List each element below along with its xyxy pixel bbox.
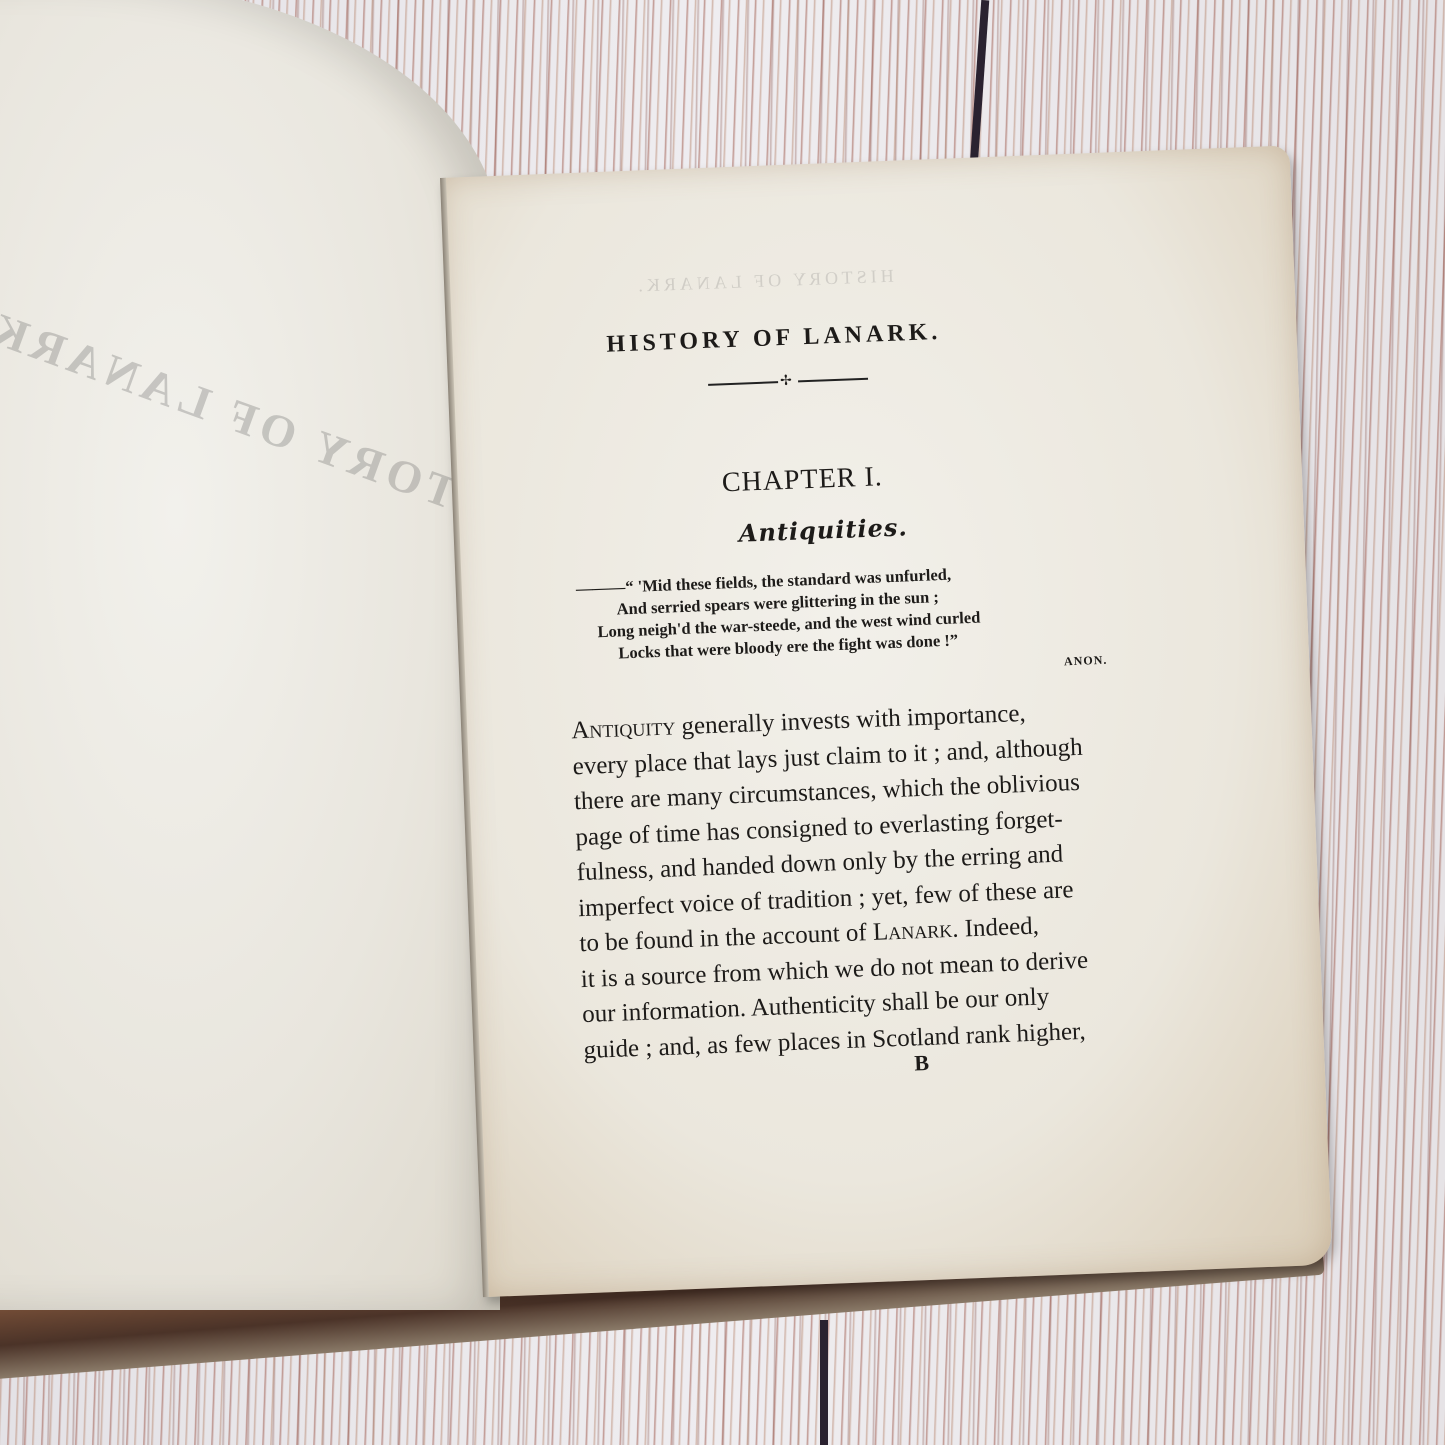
chapter-heading: CHAPTER I. bbox=[721, 461, 883, 499]
body-line-text: . Indeed, bbox=[952, 913, 1040, 943]
right-page: HISTORY OF LANARK. HISTORY OF LANARK. ✢ … bbox=[440, 145, 1332, 1297]
ghost-running-head: HISTORY OF LANARK. bbox=[634, 266, 894, 297]
body-line-text: to be found in the account of bbox=[579, 919, 873, 957]
epigraph: ———“ 'Mid these fields, the standard was… bbox=[575, 557, 1138, 666]
ornament-divider: ✢ bbox=[708, 372, 868, 392]
body-text: Antiquity generally invests with importa… bbox=[571, 686, 1304, 1068]
chapter-subtitle: Antiquities. bbox=[738, 512, 908, 547]
ornament-rule-left bbox=[708, 381, 778, 386]
signature-mark: B bbox=[914, 1050, 930, 1077]
small-caps-word: Lanark bbox=[872, 916, 952, 946]
plank-gap bbox=[820, 1320, 828, 1445]
ornament-fleuron-icon: ✢ bbox=[780, 373, 792, 390]
running-title: HISTORY OF LANARK. bbox=[606, 319, 942, 359]
epigraph-attribution: ANON. bbox=[1064, 653, 1108, 670]
small-caps-word: Antiquity bbox=[571, 713, 676, 744]
ornament-rule-right bbox=[798, 378, 868, 383]
left-page: HISTORY OF LANARK bbox=[0, 0, 500, 1310]
